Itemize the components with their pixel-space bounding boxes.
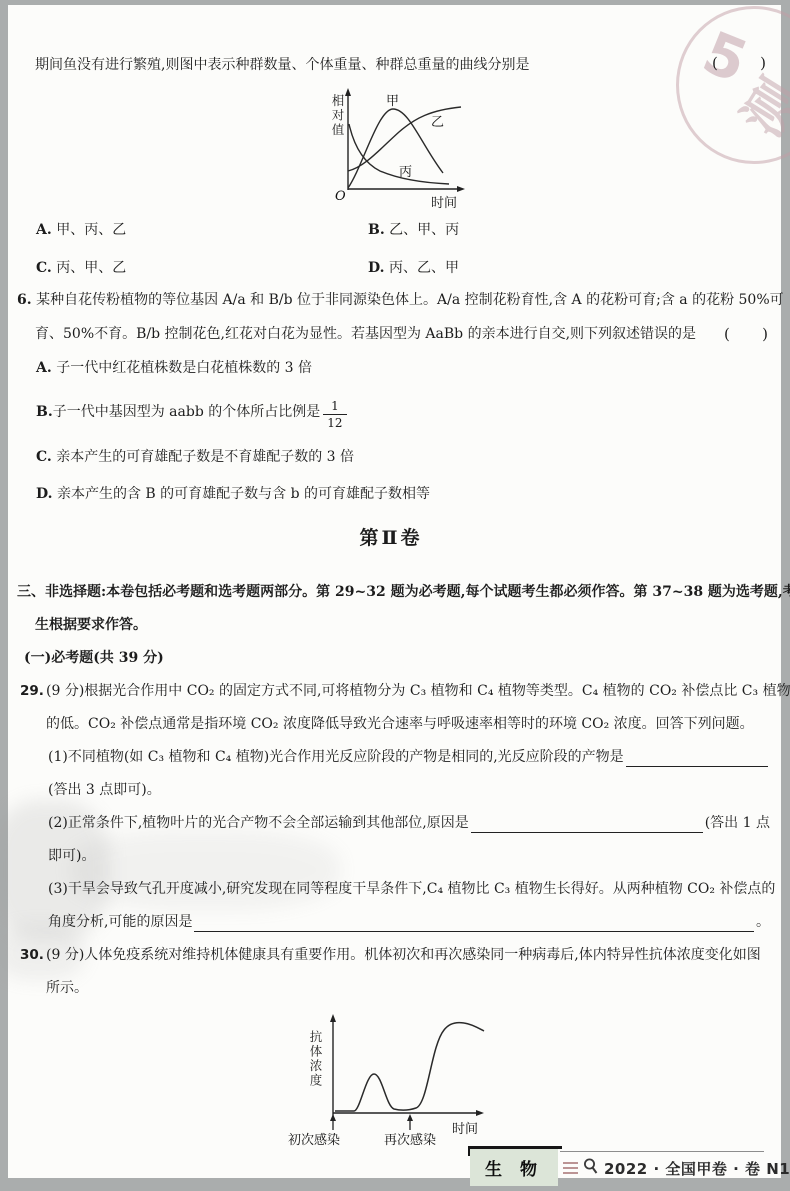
menu-icon: [563, 1162, 578, 1177]
option-label: C.: [36, 260, 52, 276]
figure1-y-axis-label: 相对值: [328, 94, 346, 138]
q29-sub1-line: (1)不同植物(如 C₃ 植物和 C₄ 植物)光合作用光反应阶段的产物是相同的,…: [48, 748, 770, 767]
option-label: B.: [36, 403, 53, 422]
option-text: 亲本产生的含 B 的可育雄配子数与含 b 的可育雄配子数相等: [57, 486, 430, 502]
bracket-open: (: [712, 54, 718, 72]
q30-stem-line1: (9 分)人体免疫系统对维持机体健康具有重要作用。机体初次和再次感染同一种病毒后…: [46, 946, 761, 965]
q6-number: 6.: [17, 292, 32, 308]
figure1-origin-label: O: [335, 189, 346, 204]
section2-title: 第Ⅱ卷: [0, 529, 782, 548]
answer-blank: [471, 816, 703, 833]
q29-sub3-line1: (3)干旱会导致气孔开度减小,研究发现在同等程度干旱条件下,C₄ 植物比 C₃ …: [48, 880, 775, 899]
q29-sub3-line2: 角度分析,可能的原因是 。: [48, 913, 770, 932]
option-text: 子一代中红花植株数是白花植株数的 3 倍: [56, 360, 312, 376]
magnifier-icon: [582, 1157, 599, 1175]
curve-label-jia: 甲: [386, 90, 399, 109]
q29-sub2-note2: 即可)。: [48, 847, 95, 866]
option-text: 乙、甲、丙: [389, 222, 459, 238]
answer-blank: [194, 915, 754, 932]
q29-sub1-text: (1)不同植物(如 C₃ 植物和 C₄ 植物)光合作用光反应阶段的产物是相同的,…: [48, 748, 624, 767]
q6-stem-line2: 育、50%不育。B/b 控制花色,红花对白花为显性。若基因型为 AaBb 的亲本…: [35, 325, 696, 344]
option-label: D.: [368, 260, 385, 276]
option-label: C.: [36, 449, 52, 465]
q5-option-b: B. 乙、甲、丙: [368, 221, 459, 240]
option-text: 子一代中基因型为 aabb 的个体所占比例是: [53, 403, 321, 422]
q5-answer-bracket: ( ): [712, 54, 766, 72]
figure2-y-axis-label: 抗体浓度: [306, 1030, 324, 1088]
exam-edition-label: 2022 · 全国甲卷 · 卷 N1: [604, 1158, 790, 1179]
q6-stem-line1: 6. 某种自花传粉植物的等位基因 A/a 和 B/b 位于非同源染色体上。A/a…: [17, 291, 784, 310]
q29-sub3-text: 角度分析,可能的原因是: [48, 913, 192, 932]
fraction-numerator: 1: [327, 400, 343, 414]
option-label: A.: [36, 360, 52, 376]
option-text: 甲、丙、乙: [56, 222, 126, 238]
figure-population-curves: 相对值 甲 乙 丙 O 时间: [323, 86, 488, 211]
q5-option-a: A. 甲、丙、乙: [36, 221, 126, 240]
bracket-close: ): [762, 325, 768, 343]
figure2-x-axis-label: 时间: [452, 1118, 478, 1137]
option-text: 丙、乙、甲: [389, 260, 459, 276]
q29-sub2-text: (2)正常条件下,植物叶片的光合产物不会全部运输到其他部位,原因是: [48, 814, 469, 833]
q29-sub1-note: (答出 3 点即可)。: [48, 781, 161, 800]
q30-stem-line2: 所示。: [46, 979, 88, 998]
section3-instructions-line2: 生根据要求作答。: [35, 616, 147, 635]
q5-option-d: D. 丙、乙、甲: [368, 259, 459, 278]
figure1-axes-and-curves: [323, 86, 488, 211]
q6-option-c: C. 亲本产生的可育雄配子数是不育雄配子数的 3 倍: [36, 448, 354, 467]
option-label: A.: [36, 222, 52, 238]
scanned-exam-page: 5 测 期间鱼没有进行繁殖,则图中表示种群数量、个体重量、种群总重量的曲线分别是…: [0, 0, 790, 1191]
q29-sub2-note: (答出 1 点: [705, 814, 770, 833]
figure1-x-axis-label: 时间: [431, 192, 457, 211]
section3-label: 三、非选择题:: [17, 584, 106, 600]
q29-stem-line1: (9 分)根据光合作用中 CO₂ 的固定方式不同,可将植物分为 C₃ 植物和 C…: [46, 682, 790, 701]
q29-stem-line2: 的低。CO₂ 补偿点通常是指环境 CO₂ 浓度降低导致光合速率与呼吸速率相等时的…: [46, 715, 754, 734]
fraction-denominator: 12: [323, 414, 346, 429]
q6-stem-text: 某种自花传粉植物的等位基因 A/a 和 B/b 位于非同源染色体上。A/a 控制…: [36, 292, 784, 308]
q29-sub3-period: 。: [756, 913, 770, 932]
figure-antibody-curve: 抗体浓度 时间 初次感染 再次感染: [280, 1008, 495, 1148]
section3-text: 本卷包括必考题和选考题两部分。第 29~32 题为必考题,每个试题考生都必须作答…: [106, 584, 790, 600]
answer-blank: [626, 750, 768, 767]
q5-option-c: C. 丙、甲、乙: [36, 259, 126, 278]
q5-stem-tail: 期间鱼没有进行繁殖,则图中表示种群数量、个体重量、种群总重量的曲线分别是: [35, 56, 529, 75]
fraction-one-twelfth: 1 12: [323, 400, 346, 429]
required-part-title: (一)必考题(共 39 分): [24, 649, 164, 668]
q6-option-a: A. 子一代中红花植株数是白花植株数的 3 倍: [36, 359, 312, 378]
curve-label-bing: 丙: [399, 161, 412, 180]
q6-option-d: D. 亲本产生的含 B 的可育雄配子数与含 b 的可育雄配子数相等: [36, 485, 430, 504]
option-label: D.: [36, 486, 53, 502]
curve-label-yi: 乙: [431, 111, 444, 130]
option-label: B.: [368, 222, 385, 238]
second-infection-label: 再次感染: [384, 1129, 436, 1148]
bracket-open: (: [724, 325, 730, 343]
q29-number: 29.: [20, 682, 44, 701]
option-text: 亲本产生的可育雄配子数是不育雄配子数的 3 倍: [56, 449, 354, 465]
q30-number: 30.: [20, 946, 44, 965]
first-infection-label: 初次感染: [288, 1129, 340, 1148]
option-text: 丙、甲、乙: [56, 260, 126, 276]
q6-option-b: B. 子一代中基因型为 aabb 的个体所占比例是 1 12: [36, 398, 347, 427]
section3-instructions-line1: 三、非选择题:本卷包括必考题和选考题两部分。第 29~32 题为必考题,每个试题…: [17, 583, 790, 602]
subject-badge: 生 物: [470, 1149, 558, 1186]
q6-answer-bracket: ( ): [724, 325, 768, 343]
bracket-close: ): [760, 54, 766, 72]
q29-sub2-line: (2)正常条件下,植物叶片的光合产物不会全部运输到其他部位,原因是 (答出 1 …: [48, 814, 770, 833]
footer-rule-thin: [560, 1151, 764, 1152]
